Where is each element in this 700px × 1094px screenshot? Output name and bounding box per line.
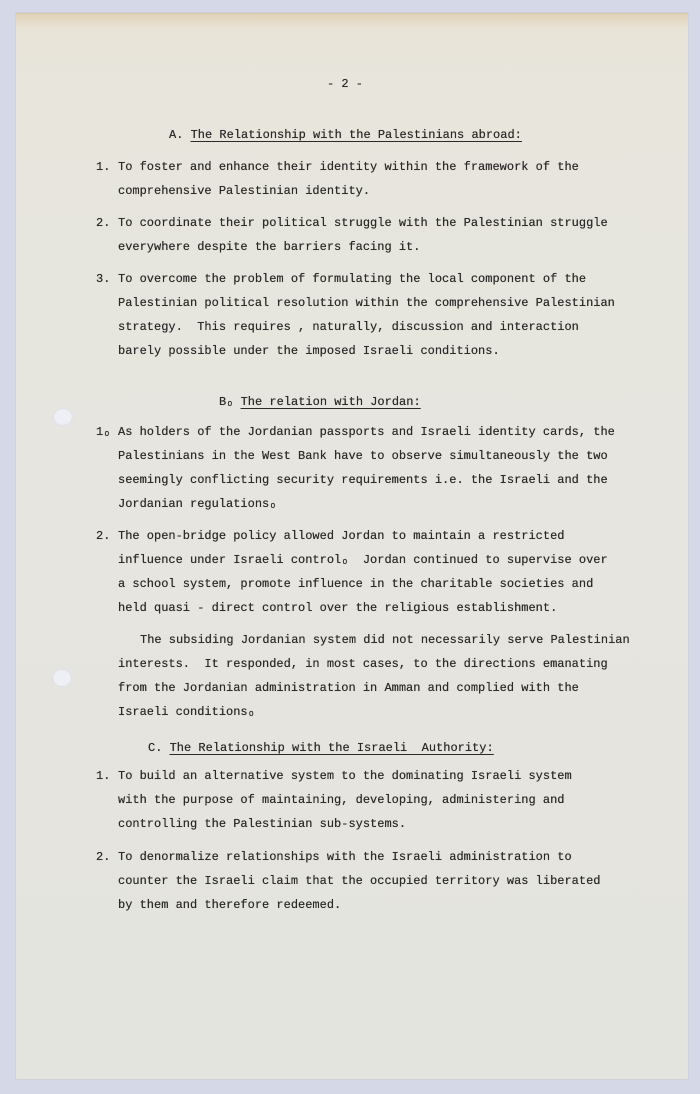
item-number: 1ₒ xyxy=(96,420,110,444)
list-item: 2. To denormalize relationships with the… xyxy=(96,845,600,917)
item-line: The open-bridge policy allowed Jordan to… xyxy=(118,524,608,548)
item-number: 1. xyxy=(96,764,110,788)
list-item: 3. To overcome the problem of formulatin… xyxy=(96,267,615,363)
list-item: 1ₒ As holders of the Jordanian passports… xyxy=(96,420,615,516)
item-line: with the purpose of maintaining, develop… xyxy=(118,788,572,812)
section-title: The relation with Jordan: xyxy=(241,395,421,409)
item-line: controlling the Palestinian sub-systems. xyxy=(118,812,572,836)
paragraph-line: The subsiding Jordanian system did not n… xyxy=(118,628,630,652)
item-number: 2. xyxy=(96,211,110,235)
item-line: strategy. This requires , naturally, dis… xyxy=(118,315,615,339)
item-line: To build an alternative system to the do… xyxy=(118,764,572,788)
section-label: A. xyxy=(169,128,183,142)
item-line: a school system, promote influence in th… xyxy=(118,572,608,596)
section-heading-b: Bₒ The relation with Jordan: xyxy=(219,390,421,414)
item-line: Jordanian regulationsₒ xyxy=(118,492,615,516)
section-title: The Relationship with the Palestinians a… xyxy=(191,128,522,142)
list-item: 1. To foster and enhance their identity … xyxy=(96,155,579,203)
section-heading-c: C. The Relationship with the Israeli Aut… xyxy=(148,736,494,760)
item-line: counter the Israeli claim that the occup… xyxy=(118,869,600,893)
list-item: 2. The open-bridge policy allowed Jordan… xyxy=(96,524,608,620)
item-line: influence under Israeli controlₒ Jordan … xyxy=(118,548,608,572)
item-line: To overcome the problem of formulating t… xyxy=(118,267,615,291)
section-label: C. xyxy=(148,741,162,755)
paragraph-line: from the Jordanian administration in Amm… xyxy=(118,676,630,700)
body-paragraph: The subsiding Jordanian system did not n… xyxy=(118,628,630,724)
paragraph-line: interests. It responded, in most cases, … xyxy=(118,652,630,676)
section-heading-a: A. The Relationship with the Palestinian… xyxy=(169,123,522,147)
item-number: 2. xyxy=(96,524,110,548)
item-line: comprehensive Palestinian identity. xyxy=(118,179,579,203)
item-line: Palestinian political resolution within … xyxy=(118,291,615,315)
item-line: To coordinate their political struggle w… xyxy=(118,211,608,235)
page-number: - 2 - xyxy=(327,72,363,96)
item-line: As holders of the Jordanian passports an… xyxy=(118,420,615,444)
section-title: The Relationship with the Israeli Author… xyxy=(170,741,494,755)
punch-hole xyxy=(52,669,72,687)
item-number: 2. xyxy=(96,845,110,869)
item-line: To denormalize relationships with the Is… xyxy=(118,845,600,869)
item-line: everywhere despite the barriers facing i… xyxy=(118,235,608,259)
paragraph-line: Israeli conditionsₒ xyxy=(118,700,630,724)
list-item: 2. To coordinate their political struggl… xyxy=(96,211,608,259)
item-number: 3. xyxy=(96,267,110,291)
list-item: 1. To build an alternative system to the… xyxy=(96,764,572,836)
item-line: Palestinians in the West Bank have to ob… xyxy=(118,444,615,468)
item-number: 1. xyxy=(96,155,110,179)
item-line: by them and therefore redeemed. xyxy=(118,893,600,917)
item-line: To foster and enhance their identity wit… xyxy=(118,155,579,179)
item-line: seemingly conflicting security requireme… xyxy=(118,468,615,492)
punch-hole xyxy=(53,408,73,426)
item-line: barely possible under the imposed Israel… xyxy=(118,339,615,363)
section-label: Bₒ xyxy=(219,395,233,409)
item-line: held quasi - direct control over the rel… xyxy=(118,596,608,620)
